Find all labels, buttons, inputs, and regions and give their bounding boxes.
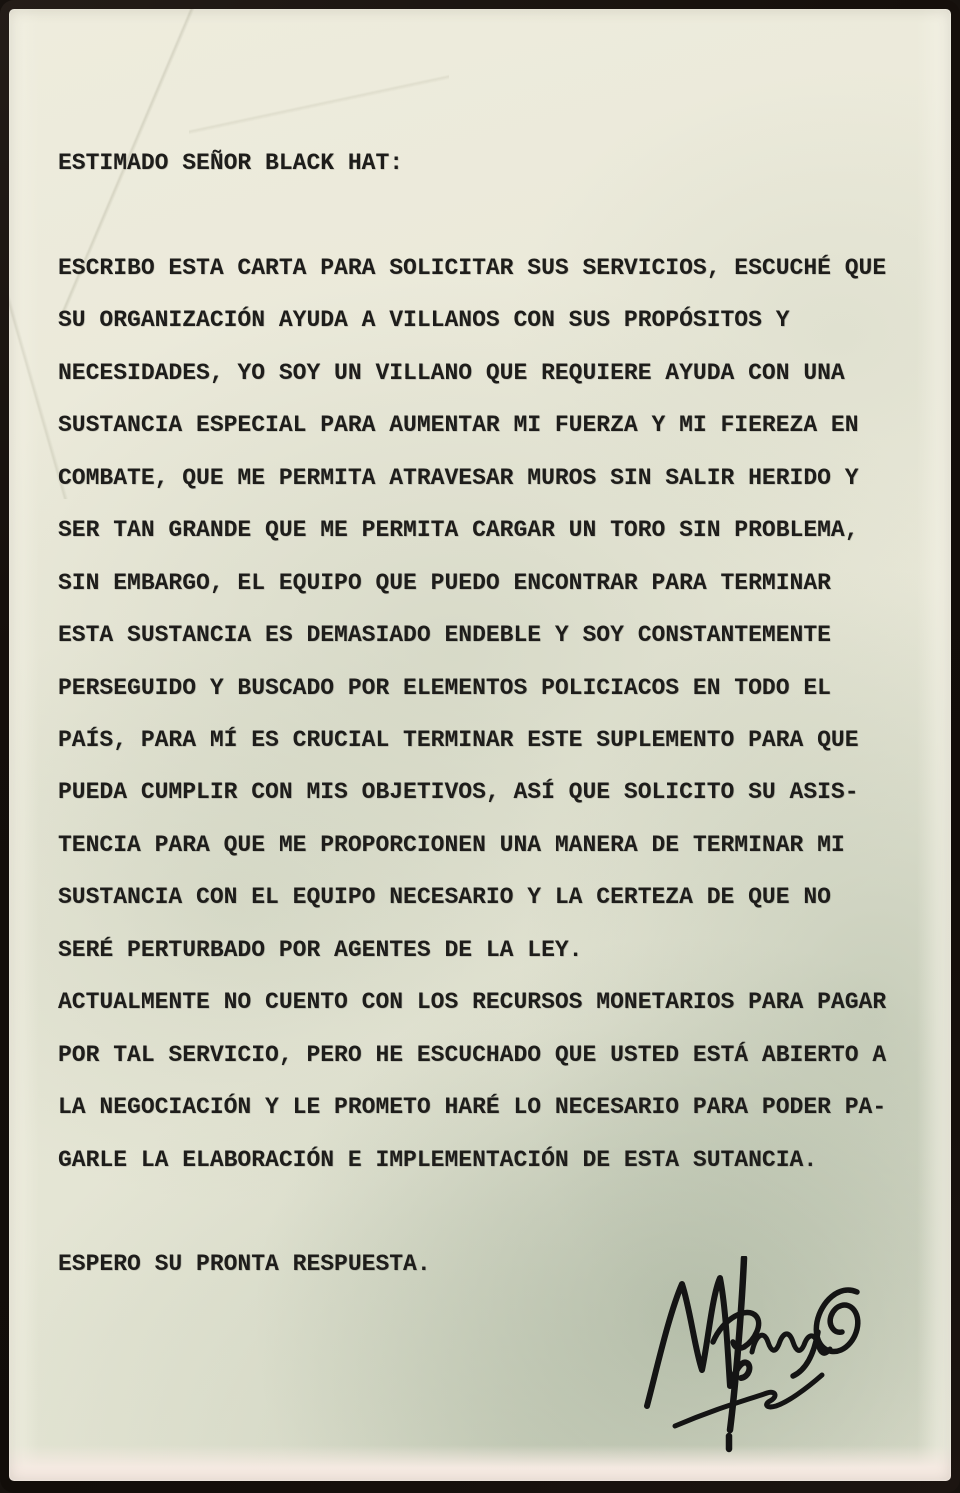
letter-line: COMBATE, QUE ME PERMITA ATRAVESAR MUROS …: [58, 452, 918, 504]
letter-line: TENCIA PARA QUE ME PROPORCIONEN UNA MANE…: [58, 819, 918, 871]
paragraph-gap: [58, 1186, 918, 1238]
paper-frame: ESTIMADO SEÑOR BLACK HAT: ESCRIBO ESTA C…: [0, 0, 960, 1493]
letter-line: SU ORGANIZACIÓN AYUDA A VILLANOS CON SUS…: [58, 294, 918, 346]
letter-salutation: ESTIMADO SEÑOR BLACK HAT:: [58, 137, 918, 189]
letter-body: ESTIMADO SEÑOR BLACK HAT: ESCRIBO ESTA C…: [58, 137, 918, 1291]
letter-line: PUEDA CUMPLIR CON MIS OBJETIVOS, ASÍ QUE…: [58, 766, 918, 818]
signature: [625, 1256, 875, 1466]
letter-line: SERÉ PERTURBADO POR AGENTES DE LA LEY.: [58, 924, 918, 976]
letter-paper: ESTIMADO SEÑOR BLACK HAT: ESCRIBO ESTA C…: [9, 9, 951, 1481]
letter-line: SUSTANCIA ESPECIAL PARA AUMENTAR MI FUER…: [58, 399, 918, 451]
letter-line: PAÍS, PARA MÍ ES CRUCIAL TERMINAR ESTE S…: [58, 714, 918, 766]
letter-line: SIN EMBARGO, EL EQUIPO QUE PUEDO ENCONTR…: [58, 557, 918, 609]
letter-line: ESCRIBO ESTA CARTA PARA SOLICITAR SUS SE…: [58, 242, 918, 294]
letter-line: LA NEGOCIACIÓN Y LE PROMETO HARÉ LO NECE…: [58, 1081, 918, 1133]
letter-line: SER TAN GRANDE QUE ME PERMITA CARGAR UN …: [58, 504, 918, 556]
letter-line: GARLE LA ELABORACIÓN E IMPLEMENTACIÓN DE…: [58, 1134, 918, 1186]
letter-line: SUSTANCIA CON EL EQUIPO NECESARIO Y LA C…: [58, 871, 918, 923]
letter-line: NECESIDADES, YO SOY UN VILLANO QUE REQUI…: [58, 347, 918, 399]
paragraph-gap: [58, 189, 918, 241]
letter-line: POR TAL SERVICIO, PERO HE ESCUCHADO QUE …: [58, 1029, 918, 1081]
letter-line: ACTUALMENTE NO CUENTO CON LOS RECURSOS M…: [58, 976, 918, 1028]
letter-line: ESTA SUSTANCIA ES DEMASIADO ENDEBLE Y SO…: [58, 609, 918, 661]
letter-line: PERSEGUIDO Y BUSCADO POR ELEMENTOS POLIC…: [58, 662, 918, 714]
